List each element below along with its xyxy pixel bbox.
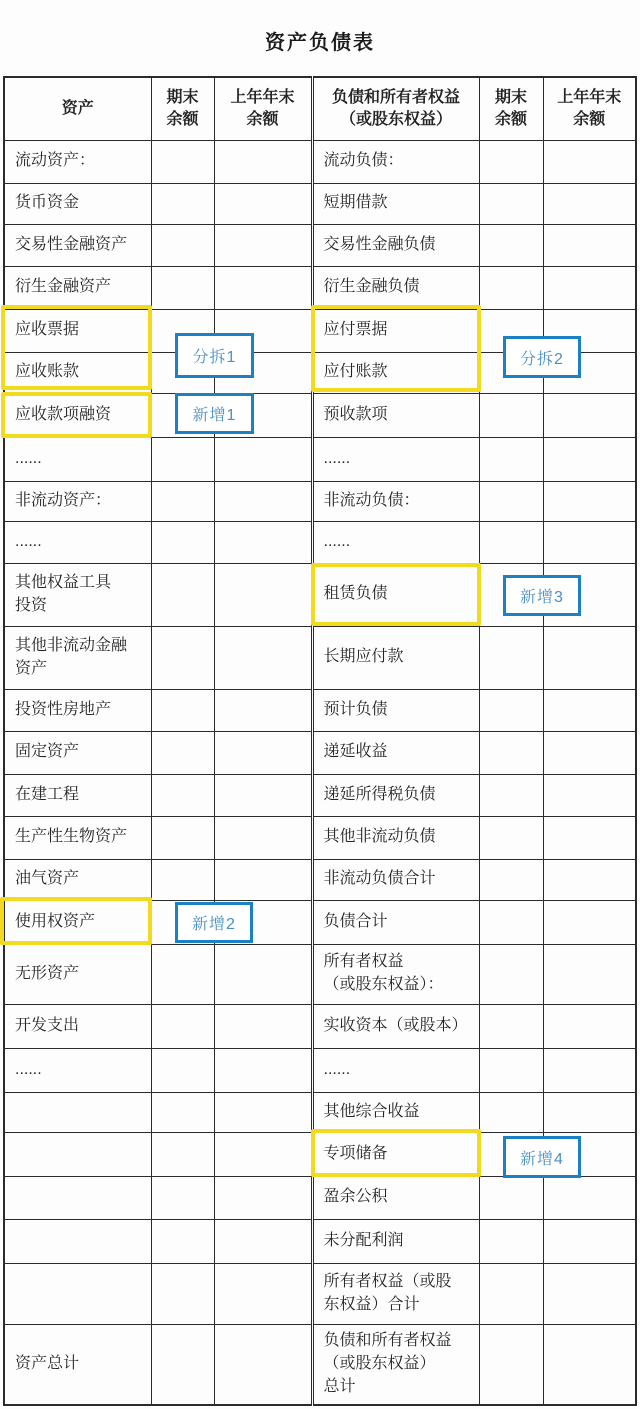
liability-ending-balance-cell [479,140,543,183]
asset-ending-balance-cell [151,1176,214,1219]
page-title: 资产负债表 [0,26,640,55]
asset-label-cell: 其他权益工具 投资 [4,563,151,626]
asset-ending-balance-cell [151,224,214,266]
table-row: 其他非流动金融 资产长期应付款 [4,626,636,689]
col-header-prev-year-balance-right: 上年年末 余额 [543,77,636,140]
liability-label-cell: 递延收益 [312,731,479,774]
asset-ending-balance-cell [151,563,214,626]
liability-label-cell: 负债和所有者权益 （或股东权益） 总计 [312,1324,479,1405]
asset-label-cell: 衍生金融资产 [4,266,151,309]
liability-ending-balance-cell [479,1219,543,1263]
liability-prev-year-balance-cell [543,1219,636,1263]
liability-prev-year-balance-cell [543,481,636,521]
liability-ending-balance-cell [479,1048,543,1092]
table-row: ............ [4,1048,636,1092]
asset-label-cell: 流动资产： [4,140,151,183]
liability-label-cell: 其他非流动负债 [312,816,479,859]
liability-prev-year-balance-cell [543,437,636,481]
table-row: 交易性金融资产交易性金融负债 [4,224,636,266]
liability-label-cell: 非流动负债： [312,481,479,521]
table-row: 未分配利润 [4,1219,636,1263]
table-row: 货币资金短期借款 [4,183,636,224]
asset-label-cell: 生产性生物资产 [4,816,151,859]
liability-prev-year-balance-cell [543,774,636,816]
asset-ending-balance-cell [151,266,214,309]
asset-label-cell: 投资性房地产 [4,689,151,731]
table-row: 资产总计负债和所有者权益 （或股东权益） 总计 [4,1324,636,1405]
liability-label-cell: ...... [312,437,479,481]
asset-label-cell: 应收账款 [4,352,151,393]
liability-prev-year-balance-cell [543,521,636,563]
asset-ending-balance-cell [151,626,214,689]
liability-prev-year-balance-cell [543,900,636,944]
liability-prev-year-balance-cell [543,944,636,1004]
asset-prev-year-balance-cell [214,774,312,816]
col-header-assets: 资产 [4,77,151,140]
liability-prev-year-balance-cell [543,1324,636,1405]
asset-prev-year-balance-cell [214,1092,312,1132]
asset-prev-year-balance-cell [214,731,312,774]
table-row: 盈余公积 [4,1176,636,1219]
liability-ending-balance-cell [479,774,543,816]
asset-label-cell [4,1176,151,1219]
asset-ending-balance-cell [151,1004,214,1048]
asset-label-cell [4,1263,151,1324]
table-row: 油气资产非流动负债合计 [4,859,636,900]
liability-prev-year-balance-cell [543,1092,636,1132]
liability-prev-year-balance-cell [543,859,636,900]
table-row: 流动资产：流动负债： [4,140,636,183]
asset-label-cell: 无形资产 [4,944,151,1004]
asset-prev-year-balance-cell [214,689,312,731]
liability-label-cell: 非流动负债合计 [312,859,479,900]
asset-prev-year-balance-cell [214,1219,312,1263]
liability-ending-balance-cell [479,731,543,774]
asset-ending-balance-cell [151,1132,214,1176]
balance-sheet-body: 流动资产：流动负债：货币资金短期借款交易性金融资产交易性金融负债衍生金融资产衍生… [4,140,636,1405]
asset-ending-balance-cell [151,437,214,481]
asset-label-cell: 交易性金融资产 [4,224,151,266]
liability-ending-balance-cell [479,859,543,900]
liability-ending-balance-cell [479,521,543,563]
asset-ending-balance-cell [151,1092,214,1132]
liability-ending-balance-cell [479,816,543,859]
liability-label-cell: 递延所得税负债 [312,774,479,816]
liability-ending-balance-cell [479,481,543,521]
liability-prev-year-balance-cell [543,140,636,183]
asset-label-cell: 固定资产 [4,731,151,774]
liability-prev-year-balance-cell [543,1176,636,1219]
table-row: 生产性生物资产其他非流动负债 [4,816,636,859]
table-row: 非流动资产：非流动负债： [4,481,636,521]
asset-prev-year-balance-cell [214,563,312,626]
liability-ending-balance-cell [479,689,543,731]
liability-label-cell: 所有者权益 （或股东权益）： [312,944,479,1004]
asset-prev-year-balance-cell [214,944,312,1004]
liability-label-cell: 未分配利润 [312,1219,479,1263]
asset-ending-balance-cell [151,140,214,183]
asset-ending-balance-cell [151,1048,214,1092]
header-row: 资产 期末 余额 上年年末 余额 负债和所有者权益 （或股东权益） 期末 余额 … [4,77,636,140]
liability-ending-balance-cell [479,224,543,266]
liability-prev-year-balance-cell [543,393,636,437]
asset-label-cell: 其他非流动金融 资产 [4,626,151,689]
asset-label-cell: 使用权资产 [4,900,151,944]
asset-ending-balance-cell [151,944,214,1004]
asset-label-cell: 资产总计 [4,1324,151,1405]
liability-label-cell: 盈余公积 [312,1176,479,1219]
liability-label-cell: 负债合计 [312,900,479,944]
liability-label-cell: 流动负债： [312,140,479,183]
table-row: 使用权资产负债合计 [4,900,636,944]
liability-label-cell: ...... [312,1048,479,1092]
asset-ending-balance-cell [151,859,214,900]
liability-ending-balance-cell [479,1176,543,1219]
table-row: ............ [4,521,636,563]
asset-ending-balance-cell [151,774,214,816]
asset-label-cell: 非流动资产： [4,481,151,521]
asset-label-cell: 在建工程 [4,774,151,816]
table-row: 在建工程递延所得税负债 [4,774,636,816]
asset-label-cell: ...... [4,521,151,563]
liability-label-cell: 所有者权益（或股 东权益）合计 [312,1263,479,1324]
liability-label-cell: 实收资本（或股本） [312,1004,479,1048]
liability-label-cell: 短期借款 [312,183,479,224]
table-row: 应收款项融资预收款项 [4,393,636,437]
col-header-ending-balance-right: 期末 余额 [479,77,543,140]
liability-ending-balance-cell [479,183,543,224]
table-row: 开发支出实收资本（或股本） [4,1004,636,1048]
asset-label-cell: 开发支出 [4,1004,151,1048]
annotation-new-3: 新增3 [503,575,581,616]
table-row: 固定资产递延收益 [4,731,636,774]
balance-sheet-page: 资产负债表 资产 期末 余额 上年年末 余额 负债和所有者权益 （或股东权益） … [0,0,640,1409]
annotation-split-1: 分拆1 [175,333,254,378]
liability-label-cell: 衍生金融负债 [312,266,479,309]
asset-prev-year-balance-cell [214,626,312,689]
annotation-new-4: 新增4 [503,1136,581,1178]
asset-ending-balance-cell [151,731,214,774]
asset-label-cell: 应收款项融资 [4,393,151,437]
asset-prev-year-balance-cell [214,859,312,900]
liability-label-cell: ...... [312,521,479,563]
asset-prev-year-balance-cell [214,224,312,266]
asset-label-cell: 货币资金 [4,183,151,224]
table-row: 衍生金融资产衍生金融负债 [4,266,636,309]
liability-ending-balance-cell [479,266,543,309]
liability-ending-balance-cell [479,1324,543,1405]
asset-ending-balance-cell [151,1219,214,1263]
asset-ending-balance-cell [151,183,214,224]
liability-label-cell: 交易性金融负债 [312,224,479,266]
asset-prev-year-balance-cell [214,1324,312,1405]
asset-ending-balance-cell [151,1263,214,1324]
liability-label-cell: 预计负债 [312,689,479,731]
asset-ending-balance-cell [151,521,214,563]
liability-prev-year-balance-cell [543,266,636,309]
asset-label-cell [4,1219,151,1263]
table-row: 所有者权益（或股 东权益）合计 [4,1263,636,1324]
liability-prev-year-balance-cell [543,731,636,774]
table-row: 投资性房地产预计负债 [4,689,636,731]
annotation-new-1: 新增1 [175,393,254,434]
annotation-split-2: 分拆2 [503,336,581,378]
asset-label-cell: ...... [4,1048,151,1092]
liability-prev-year-balance-cell [543,816,636,859]
asset-label-cell [4,1132,151,1176]
asset-prev-year-balance-cell [214,1176,312,1219]
liability-ending-balance-cell [479,944,543,1004]
asset-prev-year-balance-cell [214,521,312,563]
balance-sheet-table: 资产 期末 余额 上年年末 余额 负债和所有者权益 （或股东权益） 期末 余额 … [3,76,637,1406]
col-header-liabilities-equity: 负债和所有者权益 （或股东权益） [312,77,479,140]
liability-prev-year-balance-cell [543,1263,636,1324]
liability-prev-year-balance-cell [543,1004,636,1048]
liability-prev-year-balance-cell [543,183,636,224]
liability-label-cell: 租赁负债 [312,563,479,626]
liability-ending-balance-cell [479,626,543,689]
asset-prev-year-balance-cell [214,1132,312,1176]
asset-ending-balance-cell [151,481,214,521]
annotation-new-2: 新增2 [175,902,253,943]
table-row: 无形资产所有者权益 （或股东权益）： [4,944,636,1004]
asset-prev-year-balance-cell [214,1004,312,1048]
liability-prev-year-balance-cell [543,1048,636,1092]
asset-label-cell: 油气资产 [4,859,151,900]
liability-label-cell: 长期应付款 [312,626,479,689]
col-header-prev-year-balance-left: 上年年末 余额 [214,77,312,140]
asset-prev-year-balance-cell [214,481,312,521]
asset-label-cell: 应收票据 [4,309,151,352]
liability-label-cell: 应付账款 [312,352,479,393]
liability-ending-balance-cell [479,393,543,437]
liability-prev-year-balance-cell [543,689,636,731]
asset-ending-balance-cell [151,816,214,859]
asset-label-cell [4,1092,151,1132]
asset-prev-year-balance-cell [214,1263,312,1324]
asset-prev-year-balance-cell [214,816,312,859]
liability-label-cell: 预收款项 [312,393,479,437]
asset-prev-year-balance-cell [214,140,312,183]
liability-label-cell: 其他综合收益 [312,1092,479,1132]
liability-ending-balance-cell [479,1263,543,1324]
asset-ending-balance-cell [151,689,214,731]
liability-ending-balance-cell [479,1092,543,1132]
asset-prev-year-balance-cell [214,266,312,309]
liability-prev-year-balance-cell [543,626,636,689]
col-header-ending-balance-left: 期末 余额 [151,77,214,140]
asset-prev-year-balance-cell [214,1048,312,1092]
asset-prev-year-balance-cell [214,437,312,481]
liability-prev-year-balance-cell [543,224,636,266]
asset-label-cell: ...... [4,437,151,481]
liability-ending-balance-cell [479,437,543,481]
liability-ending-balance-cell [479,900,543,944]
asset-prev-year-balance-cell [214,183,312,224]
table-row: 其他综合收益 [4,1092,636,1132]
liability-ending-balance-cell [479,1004,543,1048]
asset-ending-balance-cell [151,1324,214,1405]
liability-label-cell: 应付票据 [312,309,479,352]
table-row: ............ [4,437,636,481]
liability-label-cell: 专项储备 [312,1132,479,1176]
